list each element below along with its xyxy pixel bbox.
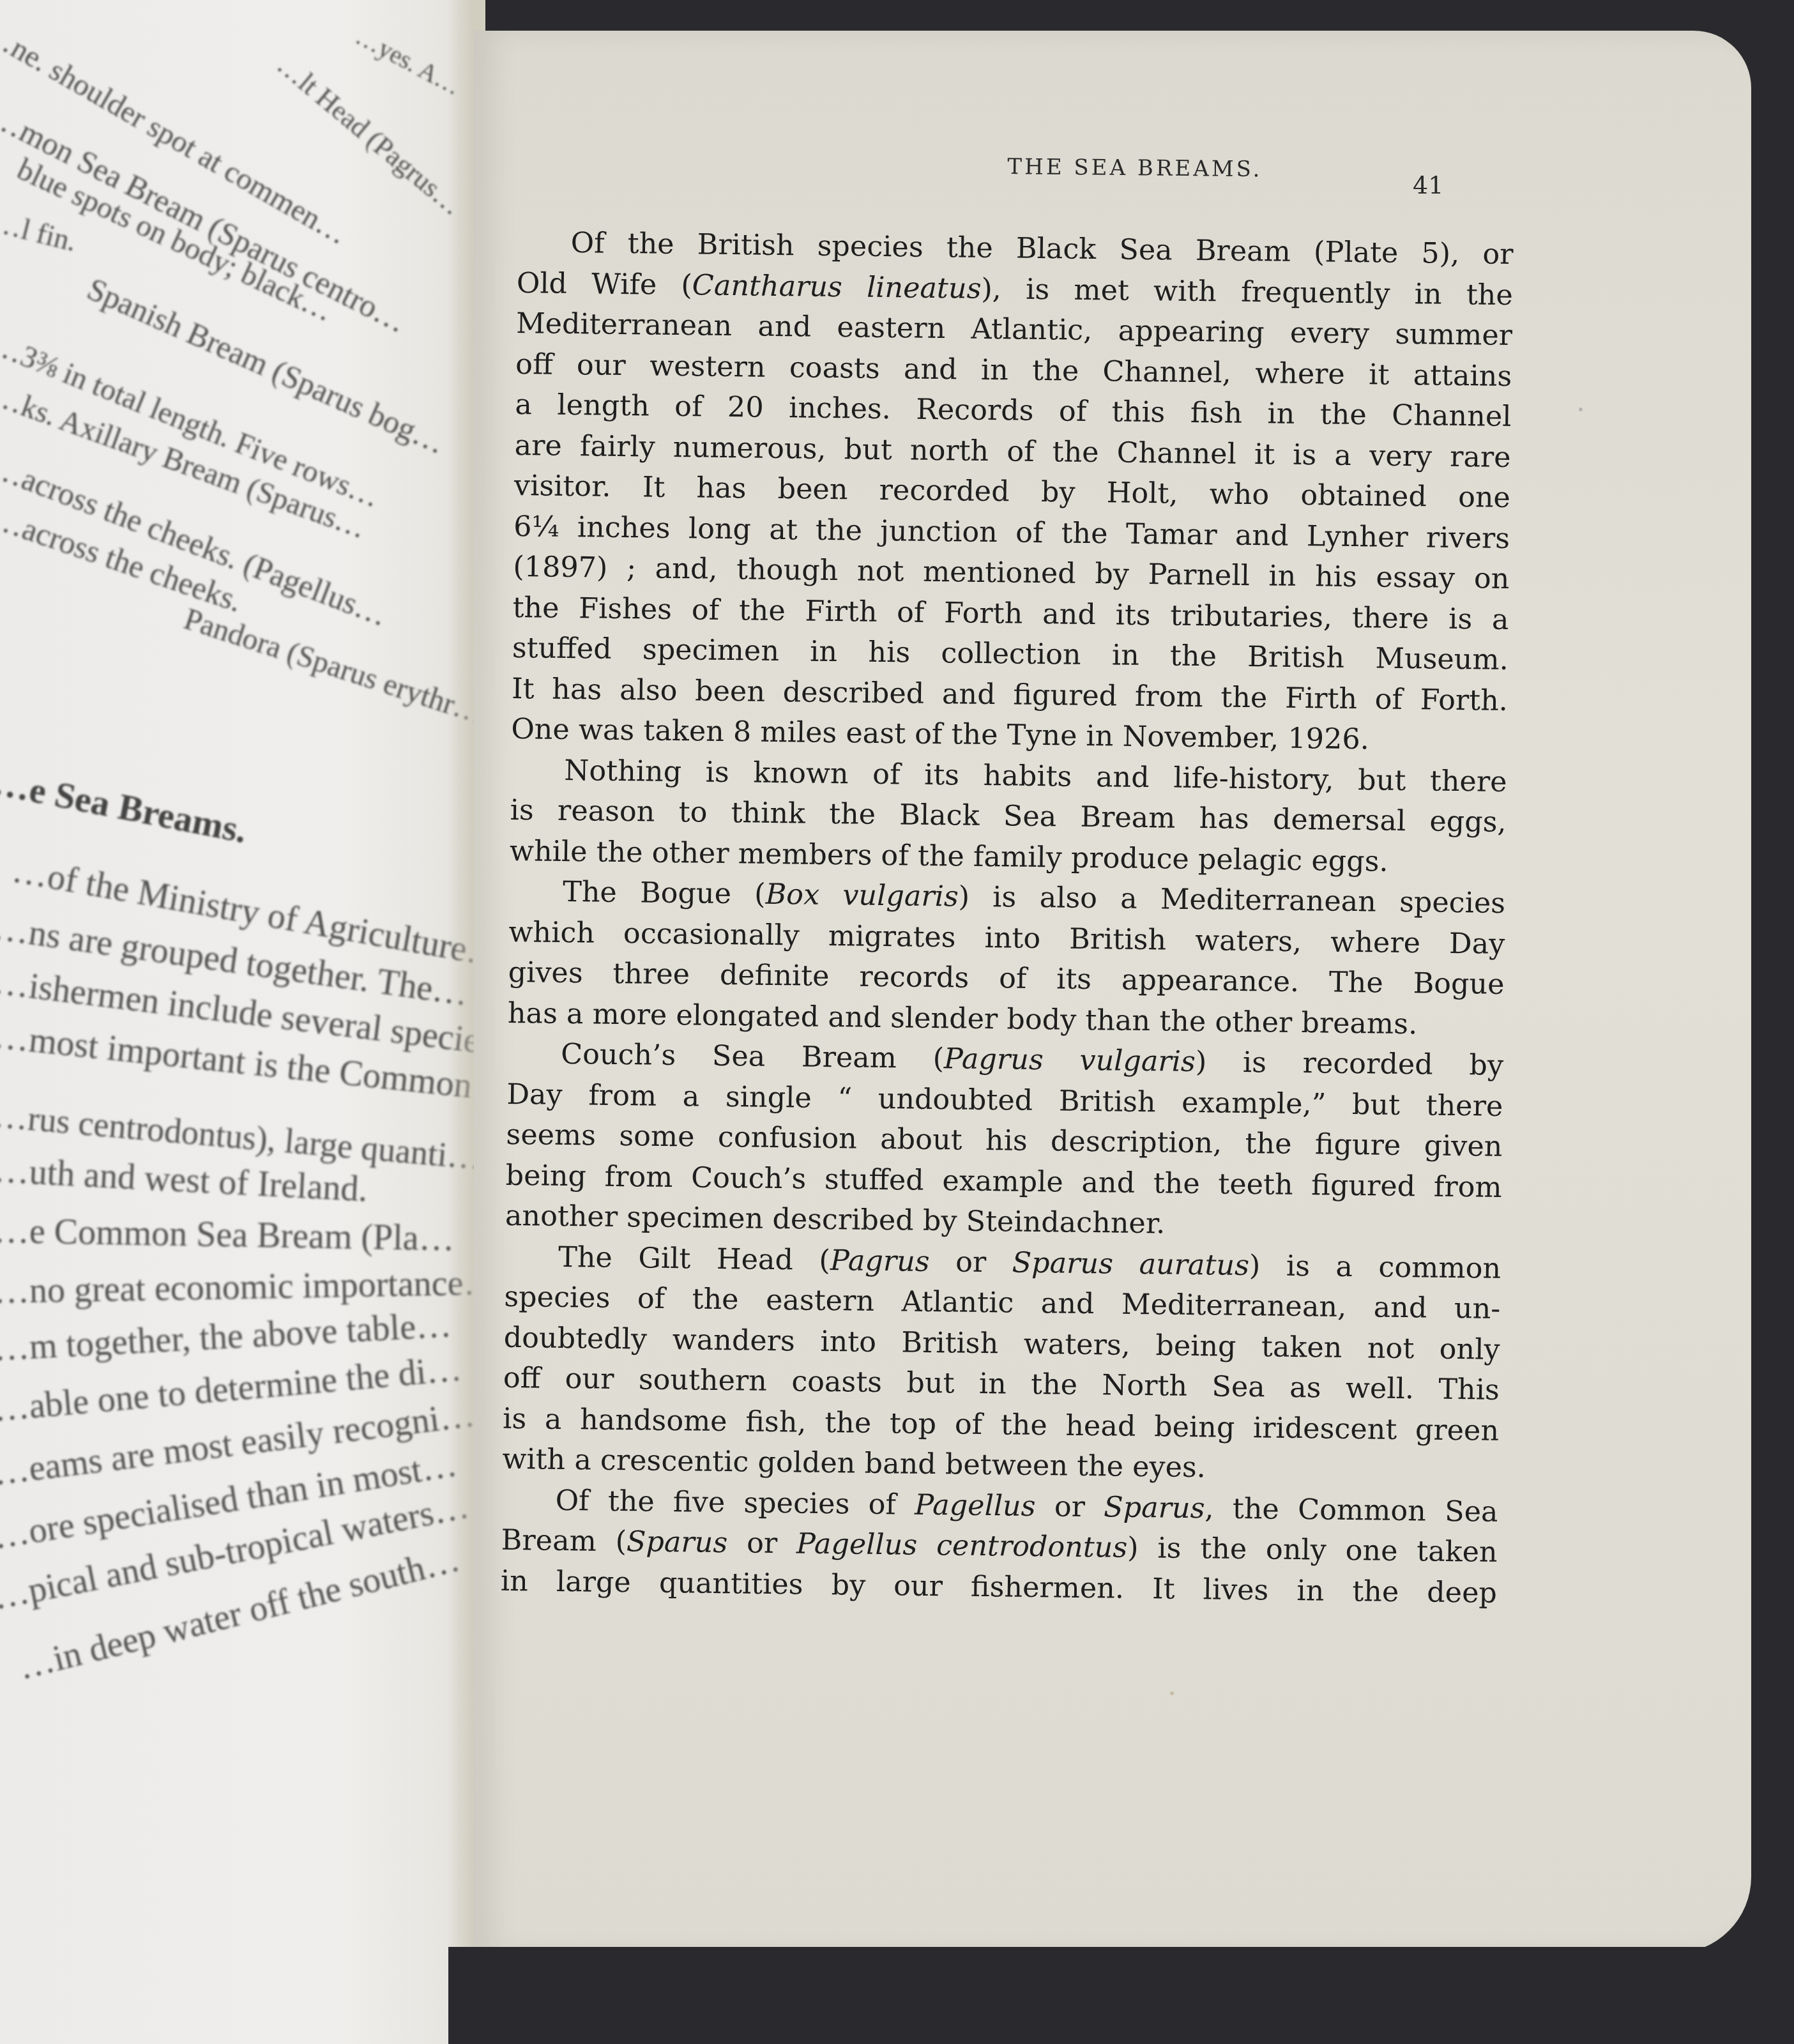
left-page-line: …l fin.	[0, 205, 80, 259]
italic-species-name: Box vulgaris	[765, 878, 959, 913]
paragraph: Couch’s Sea Bream (Pagrus vulgaris) is r…	[505, 1033, 1504, 1249]
left-page-line: …no great economic importance…	[0, 1262, 485, 1312]
left-page-line: Pandora (Sparus erythr…	[180, 601, 485, 731]
italic-species-name: Sparus auratus	[1012, 1246, 1249, 1282]
italic-species-name: Cantharus lineatus	[692, 269, 981, 305]
page-number: 41	[1413, 171, 1443, 199]
body-text: Of the British species the Black Sea Bre…	[501, 222, 1514, 1613]
paragraph: Of the British species the Black Sea Bre…	[511, 222, 1514, 761]
paper-speck	[1579, 408, 1583, 411]
italic-species-name: Pagrus vulgaris	[944, 1042, 1196, 1078]
left-page-line: …e Sea Breams.	[0, 761, 250, 852]
italic-species-name: Pagellus centrodontus	[796, 1527, 1128, 1564]
left-page: …yes. A……lt Head (Pagrus……ne. shoulder s…	[0, 0, 485, 2044]
paragraph: The Bogue (Box vulgaris) is also a Medit…	[507, 871, 1505, 1046]
paragraph: The Gilt Head (Pagrus or Sparus auratus)…	[502, 1236, 1501, 1491]
left-page-line: …e Common Sea Bream (Pla…	[0, 1210, 455, 1260]
italic-species-name: Pagellus	[915, 1488, 1036, 1522]
running-header: THE SEA BREAMS.	[474, 148, 1770, 187]
right-page: THE SEA BREAMS. 41 Of the British specie…	[474, 31, 1751, 1953]
italic-species-name: Sparus	[1104, 1491, 1205, 1525]
paragraph: Of the five species of Pagellus or Sparu…	[501, 1479, 1498, 1613]
italic-species-name: Pagrus	[830, 1244, 930, 1278]
paper-speck	[1170, 1691, 1174, 1695]
italic-species-name: Sparus	[627, 1525, 728, 1559]
paragraph: Nothing is known of its habits and life-…	[510, 749, 1507, 883]
